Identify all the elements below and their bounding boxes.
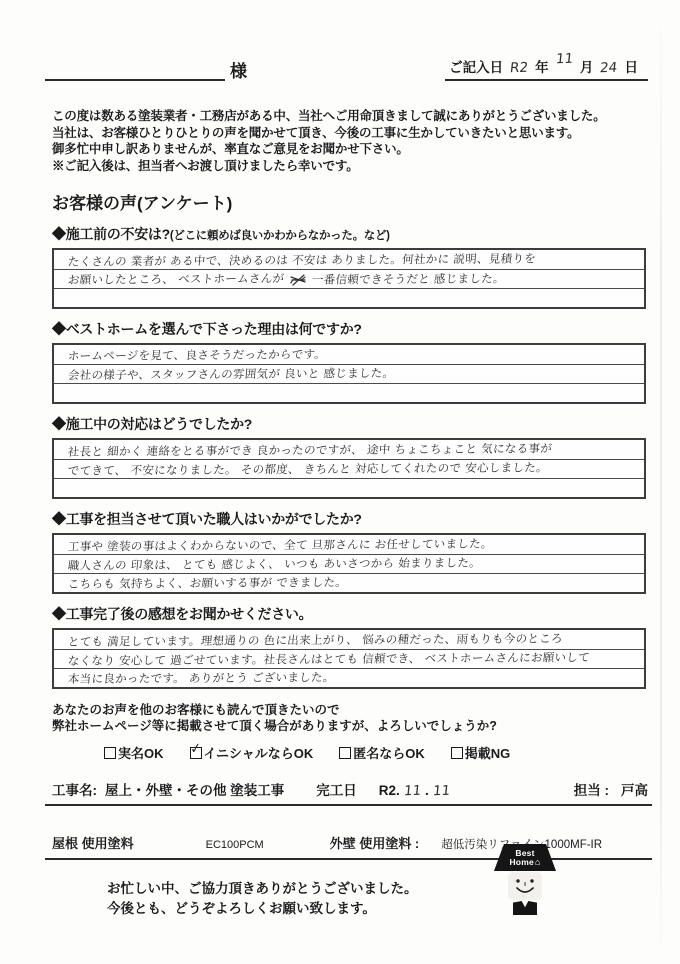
intro-line: 御多忙中申し訳ありませんが、率直なご意見をお聞かせ下さい。 <box>52 141 650 158</box>
checkbox-label: 匿名ならOK <box>353 743 425 762</box>
customer-name-line: 様 <box>45 57 247 81</box>
date-prefix-label: ご記入日 <box>449 56 503 76</box>
checkbox-initials-ok-checked[interactable]: ✓ <box>190 747 202 759</box>
handwritten-answer: 社長と 細かく 連絡をとる事ができ 良かったのですが、 途中 ちょこちょこと 気… <box>67 440 553 459</box>
paint-materials-row: 屋根 使用塗料 EC100PCM 外壁 使用塗料 : 超低汚染リファイン1000… <box>45 833 652 860</box>
work-name-label: 工事名: <box>52 779 97 799</box>
consent-option-no-publication: 掲載NG <box>451 743 511 762</box>
answer-row: 職人さんの 印象は、 とても 感じよく、 いつも あいさつから 始まりました。 <box>54 554 644 573</box>
staff-value: 戸高 <box>621 779 648 799</box>
section-heading: ◆工事完了後の感想をお聞かせください。 <box>52 604 646 624</box>
intro-line: この度は数ある塗装業者・工務店がある中、当社へご用命頂きまして誠にありがとうござ… <box>52 108 650 125</box>
handwritten-answer: 会社の様子や、スタッフさんの雰囲気が 良いと 感じました。 <box>67 365 395 383</box>
section-heading: ◆施工中の対応はどうでしたか? <box>52 414 646 434</box>
consent-options-row: 実名OK ✓ イニシャルならOK 匿名ならOK 掲載NG <box>104 743 650 762</box>
completion-date-value: R2. 11 . 11 <box>379 783 450 799</box>
handwritten-answer: お願いしたところ、 ベストホームさんが <box>67 270 285 288</box>
handwritten-answer: 職人さんの 印象は、 とても 感じよく、 いつも あいさつから 始まりました。 <box>67 555 481 573</box>
handwritten-answer: でてきて、 不安になりました。 その都度、 きちんと 対応してくれたので 安心し… <box>67 459 548 478</box>
thanks-message: お忙しい中、ご協力頂きありがとうございました。 今後とも、どうぞよろしくお願い致… <box>107 879 650 919</box>
answer-box: 工事や 塗装の事はよくわからないので、全て 旦那さんに お任せしていました。 職… <box>52 533 646 594</box>
work-info-row: 工事名: 屋上・外壁・その他 塗装工事 完工日 R2. 11 . 11 担当 :… <box>45 779 652 806</box>
handwritten-answer: 本当に良かったです。 ありがとう ございました。 <box>67 669 335 687</box>
staff-label: 担当 : <box>574 779 609 799</box>
month-label: 月 <box>580 56 594 76</box>
mascot-face-features-icon <box>508 872 542 900</box>
answer-row: 本当に良かったです。 ありがとう ございました。 <box>54 668 644 687</box>
answer-row: ホームページを見て、良さそうだったからです。 <box>54 345 644 364</box>
roof-paint-label: 屋根 使用塗料 <box>52 833 134 852</box>
section-heading-text: ◆施工前の不安は? <box>52 226 170 242</box>
answer-row: 会社の様子や、スタッフさんの雰囲気が 良いと 感じました。 <box>54 364 644 383</box>
customer-survey-scanned-form: 様 ご記入日 R2 年 11 月 24 日 この度は数ある塗装業者・工務店がある… <box>0 0 680 964</box>
answer-box: 社長と 細かく 連絡をとる事ができ 良かったのですが、 途中 ちょこちょこと 気… <box>52 438 646 499</box>
customer-name-blank <box>45 59 225 81</box>
intro-line: 当社は、お客様ひとりひとりの声を聞かせて頂き、今後の工事に生かしていきたいと思い… <box>52 125 650 142</box>
date-month-handwritten: 11 <box>555 51 574 68</box>
mascot-body <box>513 901 537 915</box>
checkbox-label: 実名OK <box>118 743 164 762</box>
consent-option-anonymous-ok: 匿名ならOK <box>339 743 425 762</box>
section-heading: ◆施工前の不安は?(どこに頼めば良いかわからなかった。など) <box>52 224 646 244</box>
handwritten-answer: こちらも 気持ちよく、お願いする事が できました。 <box>67 574 348 592</box>
answer-box: ホームページを見て、良さそうだったからです。 会社の様子や、スタッフさんの雰囲気… <box>52 343 646 404</box>
consent-question-line: 弊社ホームページ等に掲載させて頂く場合がありますが、よろしいでしょうか? <box>52 718 650 734</box>
staff-in-charge: 担当 : 戸高 <box>574 779 648 799</box>
completion-date-separator: . <box>425 783 429 798</box>
mascot-face <box>508 872 542 900</box>
fill-in-date-line: ご記入日 R2 年 11 月 24 日 <box>445 56 648 81</box>
answer-box: たくさんの 業者が ある中で、決めるのは 不安は ありました。何社かに 説明、見… <box>52 248 646 309</box>
answer-row-empty <box>54 478 644 497</box>
completion-date-label: 完工日 <box>316 779 357 799</box>
answer-row: でてきて、 不安になりました。 その都度、 きちんと 対応してくれたので 安心し… <box>54 459 644 478</box>
checkbox-no-publication[interactable] <box>451 747 463 759</box>
day-label: 日 <box>625 56 639 76</box>
section-heading-note: (どこに頼めば良いかわからなかった。など) <box>170 230 390 242</box>
answer-row: とても 満足しています。理想通りの 色に出来上がり、 悩みの種だった、雨もりも今… <box>54 630 644 649</box>
handwritten-answer: 一番信頼できそうだと 感じました。 <box>312 270 506 287</box>
completion-day-handwritten: 11 <box>432 783 451 800</box>
date-day-handwritten: 24 <box>599 60 618 77</box>
consent-option-real-name: 実名OK <box>104 743 164 762</box>
checkbox-real-name[interactable] <box>104 747 116 759</box>
survey-title: お客様の声(アンケート) <box>52 189 680 214</box>
scan-edge-artifact <box>660 0 662 964</box>
handwritten-answer: なくなり 安心して 過ごせています。社長さんはとても 信頼でき、 ベストホームさ… <box>67 649 590 668</box>
section-reason-for-choosing: ◆ベストホームを選んで下さった理由は何ですか? ホームページを見て、良さそうだっ… <box>52 319 646 404</box>
best-home-logo: Best Home ⌂ <box>492 844 558 915</box>
roof-paint-value: EC100PCM <box>206 839 264 851</box>
name-honorific-label: 様 <box>230 57 247 82</box>
answer-row: たくさんの 業者が ある中で、決めるのは 不安は ありました。何社かに 説明、見… <box>54 250 644 269</box>
wall-paint-label: 外壁 使用塗料 : <box>330 833 420 852</box>
strikeout-scribble <box>289 273 307 286</box>
date-era-handwritten: R2 <box>509 60 529 77</box>
checkbox-anonymous-ok[interactable] <box>339 747 351 759</box>
answer-row: 社長と 細かく 連絡をとる事ができ 良かったのですが、 途中 ちょこちょこと 気… <box>54 440 644 459</box>
handwritten-answer: 工事や 塗装の事はよくわからないので、全て 旦那さんに お任せしていました。 <box>67 535 493 554</box>
handwritten-answer: とても 満足しています。理想通りの 色に出来上がり、 悩みの種だった、雨もりも今… <box>67 630 563 649</box>
thanks-line: 今後とも、どうぞよろしくお願い致します。 <box>107 899 650 919</box>
section-heading: ◆工事を担当させて頂いた職人はいかがでしたか? <box>52 509 646 529</box>
section-heading: ◆ベストホームを選んで下さった理由は何ですか? <box>52 319 646 339</box>
checkbox-label: 掲載NG <box>465 743 511 762</box>
intro-paragraph: この度は数ある塗装業者・工務店がある中、当社へご用命頂きまして誠にありがとうござ… <box>52 108 650 174</box>
work-name-value: 屋上・外壁・その他 塗装工事 <box>105 779 284 799</box>
answer-row: 工事や 塗装の事はよくわからないので、全て 旦那さんに お任せしていました。 <box>54 535 644 554</box>
year-label: 年 <box>535 56 549 76</box>
answer-box: とても 満足しています。理想通りの 色に出来上がり、 悩みの種だった、雨もりも今… <box>52 628 646 689</box>
checkbox-label: イニシャルならOK <box>204 743 314 762</box>
handwritten-answer: ホームページを見て、良さそうだったからです。 <box>67 346 327 364</box>
answer-row: なくなり 安心して 過ごせています。社長さんはとても 信頼でき、 ベストホームさ… <box>54 649 644 668</box>
consent-question-line: あなたのお声を他のお客様にも読んで頂きたいので <box>52 702 650 718</box>
consent-option-initials-ok: ✓ イニシャルならOK <box>190 743 314 762</box>
answer-row-empty <box>54 383 644 402</box>
logo-roof: Best Home ⌂ <box>494 844 556 871</box>
logo-text-home: Home <box>509 858 533 867</box>
thanks-line: お忙しい中、ご協力頂きありがとうございました。 <box>107 879 650 899</box>
publication-consent-question: あなたのお声を他のお客様にも読んで頂きたいので 弊社ホームページ等に掲載させて頂… <box>52 702 650 734</box>
section-post-completion-impressions: ◆工事完了後の感想をお聞かせください。 とても 満足しています。理想通りの 色に… <box>52 604 646 689</box>
section-pre-construction-anxiety: ◆施工前の不安は?(どこに頼めば良いかわからなかった。など) たくさんの 業者が… <box>52 224 646 309</box>
check-mark: ✓ <box>188 740 202 757</box>
section-response-during-construction: ◆施工中の対応はどうでしたか? 社長と 細かく 連絡をとる事ができ 良かったので… <box>52 414 646 499</box>
answer-row: お願いしたところ、 ベストホームさんが 一番信頼できそうだと 感じました。 <box>54 269 644 288</box>
intro-line: ※ご記入後は、担当者へお渡し頂けましたら幸いです。 <box>52 158 650 175</box>
completion-month-handwritten: 11 <box>403 783 422 800</box>
completion-era: R2. <box>379 783 400 798</box>
logo-roof-line2: Home ⌂ <box>509 858 540 867</box>
answer-row-empty <box>54 288 644 307</box>
house-icon: ⌂ <box>535 858 541 866</box>
handwritten-answer: たくさんの 業者が ある中で、決めるのは 不安は ありました。何社かに 説明、見… <box>67 250 537 269</box>
answer-row: こちらも 気持ちよく、お願いする事が できました。 <box>54 573 644 592</box>
section-craftsmen-impression: ◆工事を担当させて頂いた職人はいかがでしたか? 工事や 塗装の事はよくわからない… <box>52 509 646 594</box>
form-header: 様 ご記入日 R2 年 11 月 24 日 <box>45 56 648 81</box>
